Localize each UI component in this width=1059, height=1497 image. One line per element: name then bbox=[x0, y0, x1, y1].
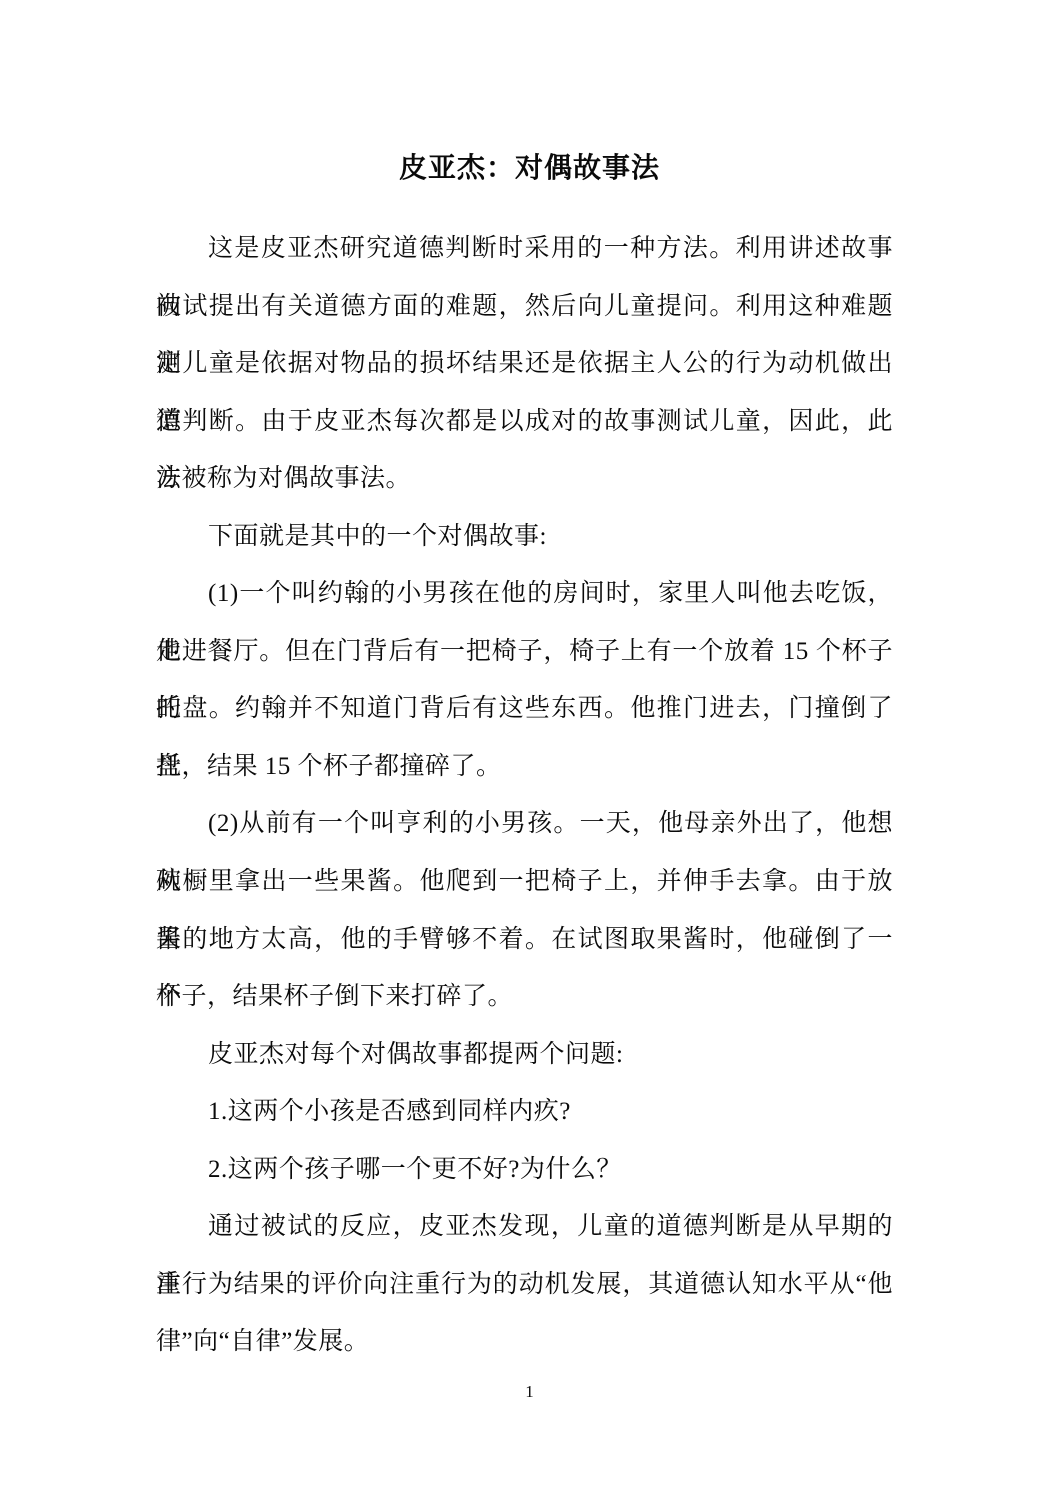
document-page: 皮亚杰：对偶故事法 这是皮亚杰研究道德判断时采用的一种方法。利用讲述故事向 被试… bbox=[0, 0, 1059, 1497]
paragraph-line: (1)一个叫约翰的小男孩在他的房间时，家里人叫他去吃饭，他 bbox=[156, 565, 893, 623]
paragraph-line: (2)从前有一个叫亨利的小男孩。一天，他母亲外出了，他想从 bbox=[156, 795, 893, 853]
paragraph-line: 德判断。由于皮亚杰每次都是以成对的故事测试儿童，因此，此方 bbox=[156, 393, 893, 451]
paragraph-line: 托盘。约翰并不知道门背后有这些东西。他推门进去，门撞倒了托 bbox=[156, 680, 893, 738]
paragraph-line: 被试提出有关道德方面的难题，然后向儿童提问。利用这种难题测 bbox=[156, 278, 893, 336]
paragraph-line: 走进餐厅。但在门背后有一把椅子，椅子上有一个放着 15 个杯子的 bbox=[156, 623, 893, 681]
paragraph-line: 重行为结果的评价向注重行为的动机发展，其道德认知水平从“他 bbox=[156, 1256, 893, 1314]
paragraph-line: 通过被试的反应，皮亚杰发现，儿童的道德判断是从早期的注 bbox=[156, 1198, 893, 1256]
paragraph-line: 皮亚杰对每个对偶故事都提两个问题: bbox=[156, 1026, 893, 1084]
question-line: 1.这两个小孩是否感到同样内疚? bbox=[156, 1083, 893, 1141]
paragraph-line: 律”向“自律”发展。 bbox=[156, 1313, 893, 1371]
paragraph-line: 这是皮亚杰研究道德判断时采用的一种方法。利用讲述故事向 bbox=[156, 220, 893, 278]
paragraph-line: 法被称为对偶故事法。 bbox=[156, 450, 893, 508]
paragraph-line: 碗橱里拿出一些果酱。他爬到一把椅子上，并伸手去拿。由于放果 bbox=[156, 853, 893, 911]
paragraph-line: 盘，结果 15 个杯子都撞碎了。 bbox=[156, 738, 893, 796]
paragraph-line: 酱的地方太高，他的手臂够不着。在试图取果酱时，他碰倒了一个 bbox=[156, 911, 893, 969]
document-title: 皮亚杰：对偶故事法 bbox=[0, 146, 1059, 186]
document-body: 这是皮亚杰研究道德判断时采用的一种方法。利用讲述故事向 被试提出有关道德方面的难… bbox=[156, 220, 893, 1371]
paragraph-line: 下面就是其中的一个对偶故事: bbox=[156, 508, 893, 566]
question-line: 2.这两个孩子哪一个更不好?为什么？ bbox=[156, 1141, 893, 1199]
page-number: 1 bbox=[0, 1380, 1059, 1404]
paragraph-line: 杯子，结果杯子倒下来打碎了。 bbox=[156, 968, 893, 1026]
paragraph-line: 定儿童是依据对物品的损坏结果还是依据主人公的行为动机做出道 bbox=[156, 335, 893, 393]
